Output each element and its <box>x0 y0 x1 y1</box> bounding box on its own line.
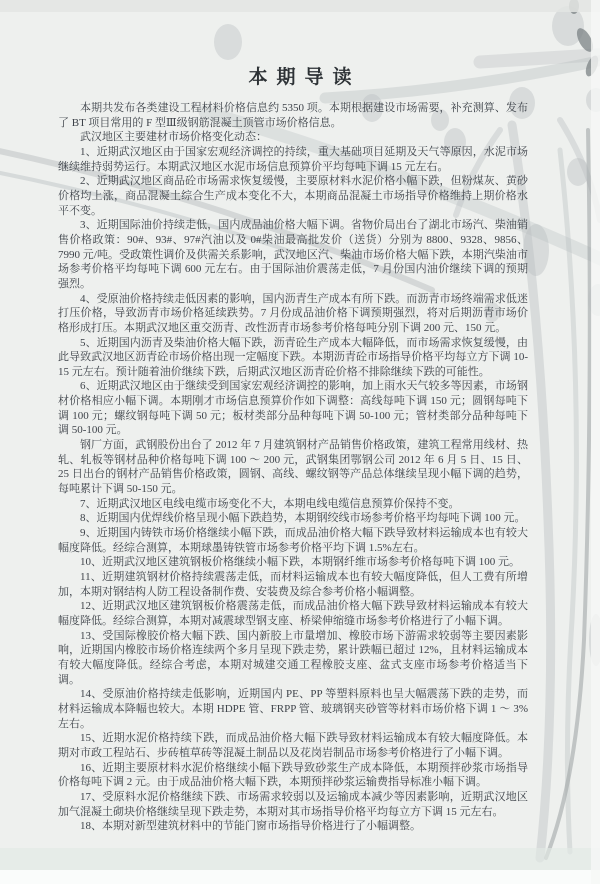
paragraph-5: 5、近期国内沥青及柴油价格大幅下跌，沥青砼生产成本大幅降低，而市场需求恢复缓慢，… <box>58 336 528 380</box>
paragraph-2: 2、近期武汉地区商品砼市场需求恢复缓慢，主要原材料水泥价格小幅下跌，但粉煤灰、黄… <box>58 174 528 218</box>
paragraph-12: 12、近期武汉地区建筑钢板价格震荡走低，而成品油价格大幅下跌导致材料运输成本有较… <box>58 599 528 628</box>
paragraph-16: 16、近期主要原材料水泥价格继续小幅下跌导致砂浆生产成本降低，本期预拌砂浆市场指… <box>58 761 528 790</box>
paragraph-17: 17、受原料水泥价格继续下跌、市场需求较弱以及运输成本减少等因素影响，近期武汉地… <box>58 790 528 819</box>
document-body: 本期共发布各类建设工程材料价格信息约 5350 项。本期根据建设市场需要，补充测… <box>58 101 528 834</box>
paragraph-14: 14、受原油价格持续走低影响，近期国内 PE、PP 等塑料原料也呈大幅震荡下跌的… <box>58 687 528 731</box>
section-heading: 武汉地区主要建材市场价格变化动态： <box>58 130 528 145</box>
paragraph-1: 1、近期武汉地区由于国家宏观经济调控的持续，重大基础项目延期及天气等原因，水泥市… <box>58 145 528 174</box>
paragraph-15: 15、近期水泥价格持续下跌，而成品油价格大幅下跌导致材料运输成本有较大幅度降低。… <box>58 731 528 760</box>
document-page: 本期导读 本期共发布各类建设工程材料价格信息约 5350 项。本期根据建设市场需… <box>0 0 600 884</box>
paragraph-8: 8、近期国内优焊线价格呈现小幅下跌趋势，本期钢绞线市场参考价格平均每吨下调 10… <box>58 511 528 526</box>
paragraph-9: 9、近期国内铸铁市场价格继续小幅下跌，而成品油价格大幅下跌导致材料运输成本也有较… <box>58 526 528 555</box>
paragraph-6: 6、近期武汉地区由于继续受到国家宏观经济调控的影响，加上雨水天气较多等因素，市场… <box>58 379 528 438</box>
paragraph-13: 13、受国际橡胶价格大幅下跌、国内新胶上市量增加、橡胶市场下游需求较弱等主要因素… <box>58 629 528 688</box>
intro-paragraph: 本期共发布各类建设工程材料价格信息约 5350 项。本期根据建设市场需要，补充测… <box>58 101 528 130</box>
paragraph-11: 11、近期建筑钢材价格持续震荡走低，而材料运输成本也有较大幅度降低，但人工费有所… <box>58 570 528 599</box>
paragraph-steel-mills: 钢厂方面，武钢股份出台了 2012 年 7 月建筑钢材产品销售价格政策，建筑工程… <box>58 438 528 497</box>
paragraph-4: 4、受原油价格持续走低因素的影响，国内沥青生产成本有所下跌。而沥青市场终端需求低… <box>58 292 528 336</box>
paragraph-18: 18、本期对新型建筑材料中的节能门窗市场指导价格进行了小幅调整。 <box>58 819 528 834</box>
paragraph-3: 3、近期国际油价持续走低，国内成品油价格大幅下调。省物价局出台了湖北市场汽、柴油… <box>58 218 528 291</box>
page-title: 本期导读 <box>0 62 600 89</box>
paragraph-7: 7、近期武汉地区电线电缆市场变化不大，本期电线电缆信息预算价保持不变。 <box>58 497 528 512</box>
paragraph-10: 10、近期武汉地区建筑钢板价格继续小幅下跌，本期钢纤维市场参考价格每吨下调 10… <box>58 555 528 570</box>
